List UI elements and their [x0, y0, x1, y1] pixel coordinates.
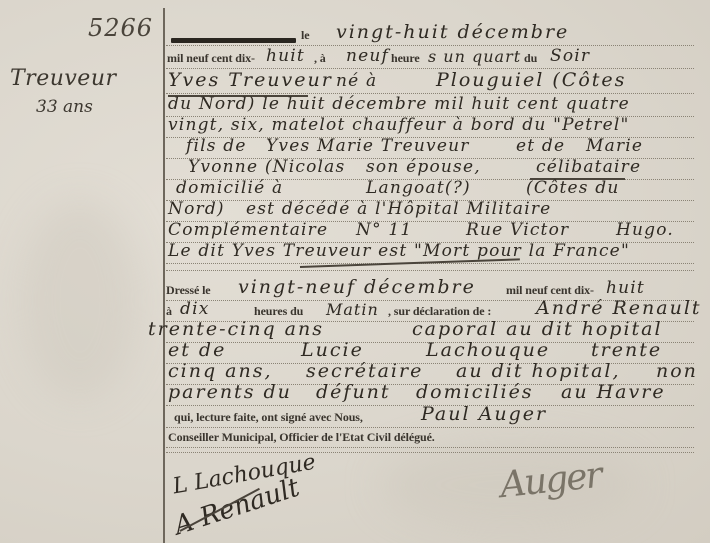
text-segment: défunt — [316, 381, 391, 403]
father-name: Yves Marie Treuveur — [266, 136, 470, 156]
header-line-1: le vingt-huit décembre — [166, 24, 694, 46]
text-segment: parents du — [168, 381, 292, 403]
text-segment: (Côtes du — [526, 178, 620, 198]
text-segment: Rue Victor — [466, 220, 569, 240]
body-line: du Nord) le huit décembre mil huit cent … — [166, 95, 694, 117]
period-hand: Soir — [550, 46, 590, 66]
drafting-date: vingt-neuf décembre — [238, 276, 476, 298]
signature-separator — [166, 435, 694, 453]
drafting-period: Matin — [326, 300, 379, 319]
printed-heures-du: heures du — [254, 304, 303, 319]
text-segment: et de — [168, 339, 226, 361]
mother-name: Yvonne (Nicolas — [188, 157, 345, 177]
printed-du: du — [524, 51, 537, 66]
mother-first-name: Marie — [586, 136, 643, 156]
text-segment: non — [656, 360, 698, 382]
minutes-hand: s un quart — [428, 47, 521, 66]
text-segment: N° 11 — [356, 220, 412, 240]
text-segment: Nord) — [168, 199, 225, 219]
printed-dresse-le: Dressé le — [166, 283, 211, 298]
death-place: est décédé à l'Hôpital Militaire — [246, 199, 551, 219]
printed-a: , à — [314, 51, 326, 66]
body-line: fils de Yves Marie Treuveur et de Marie — [166, 137, 694, 159]
closing-line-1: qui, lecture faite, ont signé avec Nous,… — [166, 406, 694, 428]
deceased-name: Yves Treuveur — [168, 69, 333, 91]
drafting-hour: dix — [180, 299, 210, 319]
birthplace: Plouguiel (Côtes — [436, 69, 626, 91]
printed-declaration: , sur déclaration de : — [388, 304, 491, 319]
printed-lecture-faite: qui, lecture faite, ont signé avec Nous, — [174, 410, 363, 425]
printed-heures: heure — [391, 51, 420, 66]
body-line: Yvonne (Nicolas son épouse, célibataire — [166, 158, 694, 180]
text-segment: né à — [336, 71, 377, 91]
text-segment: caporal au dit hopital — [412, 318, 663, 340]
year-hand: huit — [266, 46, 305, 66]
header-line-2: mil neuf cent dix- huit , à neuf heure s… — [166, 47, 694, 69]
text-segment: domiciliés — [416, 381, 534, 403]
text-segment: Complémentaire — [168, 220, 328, 240]
residence: Langoat(?) — [366, 178, 471, 198]
text-segment: secrétaire — [306, 360, 423, 382]
drafting-year: huit — [606, 278, 645, 298]
body-line: vingt, six, matelot chauffeur à bord du … — [166, 116, 694, 138]
text-segment: trente-cinq ans — [148, 318, 324, 340]
death-record-page: 5266 Treuveur 33 ans le vingt-huit décem… — [0, 0, 710, 543]
text-segment: domicilié à — [176, 178, 283, 198]
text-segment: vingt, six, matelot chauffeur à bord du … — [168, 115, 630, 135]
text-segment: trente — [591, 339, 662, 361]
record-number: 5266 — [88, 14, 153, 42]
hour-hand: neuf — [346, 46, 389, 66]
body-line: Complémentaire N° 11 Rue Victor Hugo. — [166, 221, 694, 243]
margin-surname: Treuveur — [10, 66, 117, 91]
text-segment: au dit hopital, — [456, 360, 621, 382]
text-segment: Hugo. — [616, 220, 674, 240]
text-segment: du Nord) le huit décembre mil huit cent … — [168, 94, 630, 114]
text-segment: cinq ans, — [168, 360, 273, 382]
margin-age: 33 ans — [36, 97, 93, 117]
text-segment: au Havre — [561, 381, 666, 403]
text-segment: fils de — [186, 136, 247, 156]
body-line: Nord) est décédé à l'Hôpital Militaire — [166, 200, 694, 222]
marital-status: célibataire — [536, 157, 641, 177]
declarant-2-surname: Lachouque — [426, 339, 550, 361]
printed-year: mil neuf cent dix- — [167, 51, 255, 66]
printed-le: le — [301, 28, 309, 43]
death-date: vingt-huit décembre — [336, 21, 569, 43]
separator-line — [166, 252, 694, 271]
printed-a: à — [166, 304, 172, 319]
margin-rule — [163, 8, 165, 543]
body-line: Yves Treuveur né à Plouguiel (Côtes — [166, 72, 694, 94]
declarant-2-first-name: Lucie — [301, 339, 364, 361]
printed-year: mil neuf cent dix- — [506, 283, 594, 298]
text-segment: son épouse, — [366, 157, 481, 177]
officer-name: Paul Auger — [421, 403, 547, 425]
body-line: domicilié à Langoat(?) (Côtes du — [166, 179, 694, 201]
text-segment: et de — [516, 136, 565, 156]
paper-stain — [20, 200, 140, 400]
declarant-1: André Renault — [536, 297, 702, 319]
